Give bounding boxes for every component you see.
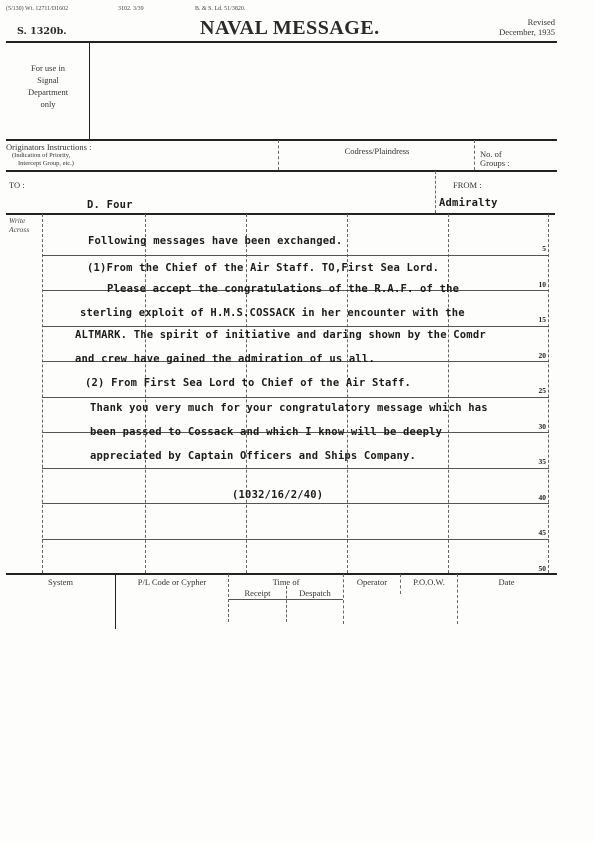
line-number: 5 <box>530 244 546 253</box>
print-code-1: (5/130) Wt. 12711/D1602 <box>6 6 68 12</box>
grid-col <box>548 214 549 573</box>
signal-label-line: For use in <box>6 62 90 74</box>
write-across-line: Across <box>9 225 29 234</box>
footer-code: P/L Code or Cypher <box>116 577 228 587</box>
line-number: 50 <box>530 564 546 573</box>
from-value[interactable]: Admiralty <box>439 197 498 209</box>
ruled-line <box>42 468 549 469</box>
footer-operator: Operator <box>344 577 400 587</box>
message-line: Following messages have been exchanged. <box>88 235 342 247</box>
time-rule <box>229 599 343 600</box>
rule-addressing <box>6 213 555 215</box>
write-across-label: Write Across <box>9 216 29 234</box>
ruled-line <box>42 255 549 256</box>
footer-date: Date <box>458 577 555 587</box>
line-number: 15 <box>530 315 546 324</box>
message-line: (2) From First Sea Lord to Chief of the … <box>85 377 411 389</box>
codress-label: Codress/Plaindress <box>280 146 474 156</box>
line-number: 25 <box>530 386 546 395</box>
ruled-line <box>42 503 549 504</box>
grid-col <box>448 214 449 573</box>
footer-poow: P.O.O.W. <box>401 577 457 587</box>
message-line: Please accept the congratulations of the… <box>107 283 459 295</box>
revised-label: Revised <box>500 17 555 27</box>
ruled-line <box>42 539 549 540</box>
print-code-3: B. & S. Ld. 51/3820. <box>195 6 245 12</box>
line-number: 40 <box>530 493 546 502</box>
grid-col <box>42 214 43 573</box>
print-code-2: 3102. 3/39 <box>118 6 144 12</box>
message-line: been passed to Cossack and which I know … <box>90 426 442 438</box>
page-title: NAVAL MESSAGE. <box>200 17 380 40</box>
to-label: TO : <box>9 180 25 190</box>
line-number: 30 <box>530 422 546 431</box>
divider <box>474 140 475 170</box>
signal-dept-label: For use in Signal Department only <box>6 62 90 110</box>
divider <box>435 171 436 213</box>
message-line: ALTMARK. The spirit of initiative and da… <box>75 329 486 341</box>
rule-originators <box>6 170 557 172</box>
originators-label: Originators Instructions : <box>6 142 91 152</box>
line-number: 35 <box>530 457 546 466</box>
from-label: FROM : <box>453 180 482 190</box>
revised-date: December, 1935 <box>470 27 555 37</box>
signal-label-line: Department <box>6 86 90 98</box>
footer-receipt: Receipt <box>229 588 286 598</box>
form-number: S. 1320b. <box>17 26 67 37</box>
signal-use-area[interactable] <box>91 42 556 139</box>
message-line: sterling exploit of H.M.S.COSSACK in her… <box>80 307 465 319</box>
message-line: (1032/16/2/40) <box>232 489 323 501</box>
message-line: Thank you very much for your congratulat… <box>90 402 488 414</box>
message-line: and crew have gained the admiration of u… <box>75 353 375 365</box>
footer-despatch: Despatch <box>287 588 343 598</box>
originators-sublabel-2: Intercept Group, etc.) <box>18 160 74 167</box>
line-number: 10 <box>530 280 546 289</box>
divider <box>278 140 279 170</box>
write-across-line: Write <box>9 216 29 225</box>
ruled-line <box>42 397 549 398</box>
rule-footer <box>6 573 557 575</box>
signal-label-line: only <box>6 98 90 110</box>
to-value[interactable]: D. Four <box>87 199 133 211</box>
message-line: (1)From the Chief of the Air Staff. TO,F… <box>87 262 439 274</box>
footer-system: System <box>6 577 115 587</box>
signal-label-line: Signal <box>6 74 90 86</box>
line-number: 20 <box>530 351 546 360</box>
line-number: 45 <box>530 528 546 537</box>
originators-sublabel-1: (Indication of Priority, <box>12 152 70 159</box>
signal-box-divider <box>89 42 90 140</box>
groups-label-2: Groups : <box>480 158 510 168</box>
ruled-line <box>42 326 549 327</box>
message-line: appreciated by Captain Officers and Ship… <box>90 450 416 462</box>
